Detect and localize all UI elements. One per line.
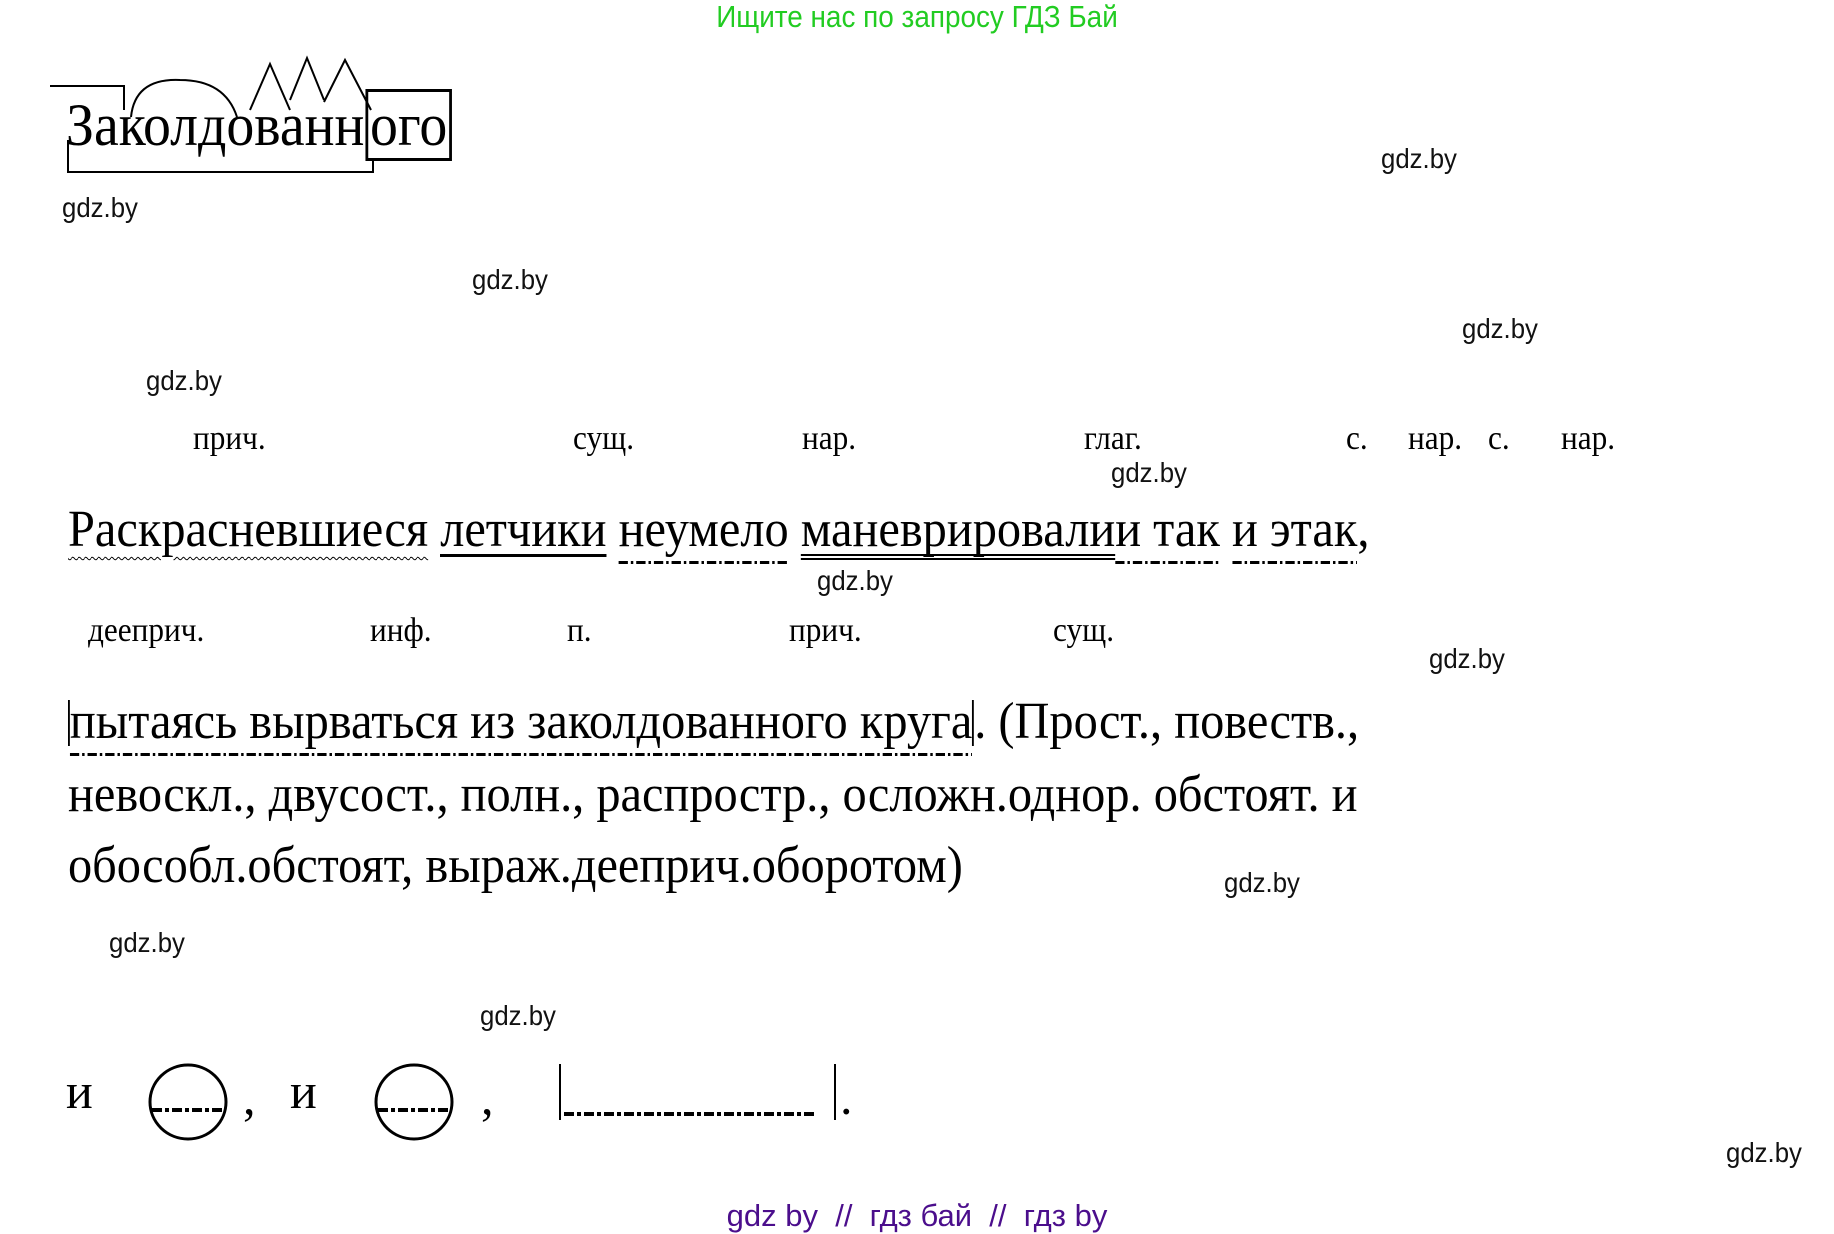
watermark: gdz.by — [109, 928, 185, 958]
watermark: gdz.by — [472, 265, 548, 295]
watermark: gdz.by — [1224, 868, 1300, 898]
pos-label: прич. — [789, 612, 862, 650]
watermark: gdz.by — [62, 193, 138, 223]
scheme-oval-1 — [150, 1065, 226, 1139]
suffix-mark-2 — [290, 58, 324, 100]
site-footer-banner: gdz by // гдз бай // гдз by — [0, 1198, 1834, 1234]
pos-label: глаг. — [1084, 420, 1142, 458]
scheme-conjunction-1: и — [66, 1063, 93, 1119]
pos-label: сущ. — [573, 420, 634, 458]
watermark: gdz.by — [1462, 314, 1538, 344]
pos-label: прич. — [193, 420, 266, 458]
pos-label: нар. — [1408, 420, 1462, 458]
punct-comma: , — [1357, 501, 1369, 558]
watermark: gdz.by — [480, 1001, 556, 1031]
word-definition: Раскрасневшиеся — [68, 500, 428, 560]
pos-label: п. — [567, 612, 592, 650]
suffix-mark-3 — [324, 60, 371, 110]
stem-bracket — [68, 140, 373, 172]
word-adverbial-homogeneous-2: и этак — [1232, 500, 1357, 562]
morpheme-marks — [0, 0, 520, 190]
word-adverbial-homogeneous-1: и так — [1115, 500, 1220, 562]
root-arc — [131, 80, 237, 117]
watermark: gdz.by — [817, 566, 893, 596]
word-adverbial: неумело — [619, 500, 789, 562]
participle-phrase-adverbial: пытаясь вырваться из заколдованного круг… — [70, 692, 972, 754]
scheme-comma-1: , — [243, 1069, 256, 1125]
pos-label: с. — [1346, 420, 1368, 458]
watermark: gdz.by — [1381, 144, 1457, 174]
word-subject: летчики — [440, 506, 606, 557]
pos-label: нар. — [802, 420, 856, 458]
scheme-period: . — [840, 1069, 853, 1125]
pos-label: дееприч. — [88, 612, 204, 650]
sentence-characteristics-start: . (Прост., повеств., — [974, 693, 1359, 750]
watermark: gdz.by — [146, 366, 222, 396]
pos-label: с. — [1488, 420, 1510, 458]
scheme-comma-2: , — [481, 1069, 494, 1125]
pos-label: сущ. — [1053, 612, 1114, 650]
watermark: gdz.by — [1429, 644, 1505, 674]
sentence-characteristics-line: невоскл., двусост., полн., распростр., о… — [68, 765, 1358, 825]
sentence-scheme: и , и , . — [0, 1052, 1000, 1142]
scheme-conjunction-2: и — [290, 1063, 317, 1119]
suffix-mark-1 — [250, 64, 290, 110]
sentence-line-1: Раскрасневшиеся летчики неумело маневрир… — [68, 500, 1369, 562]
pos-label: инф. — [370, 612, 432, 650]
word-predicate: маневрировали — [801, 506, 1115, 560]
pos-label: нар. — [1561, 420, 1615, 458]
watermark: gdz.by — [1726, 1138, 1802, 1168]
prefix-mark — [50, 86, 124, 110]
scheme-oval-2 — [376, 1065, 452, 1139]
sentence-line-2: пытаясь вырваться из заколдованного круг… — [68, 692, 1359, 754]
sentence-characteristics-line: обособл.обстоят, выраж.дееприч.оборотом) — [68, 836, 963, 896]
watermark: gdz.by — [1111, 458, 1187, 488]
